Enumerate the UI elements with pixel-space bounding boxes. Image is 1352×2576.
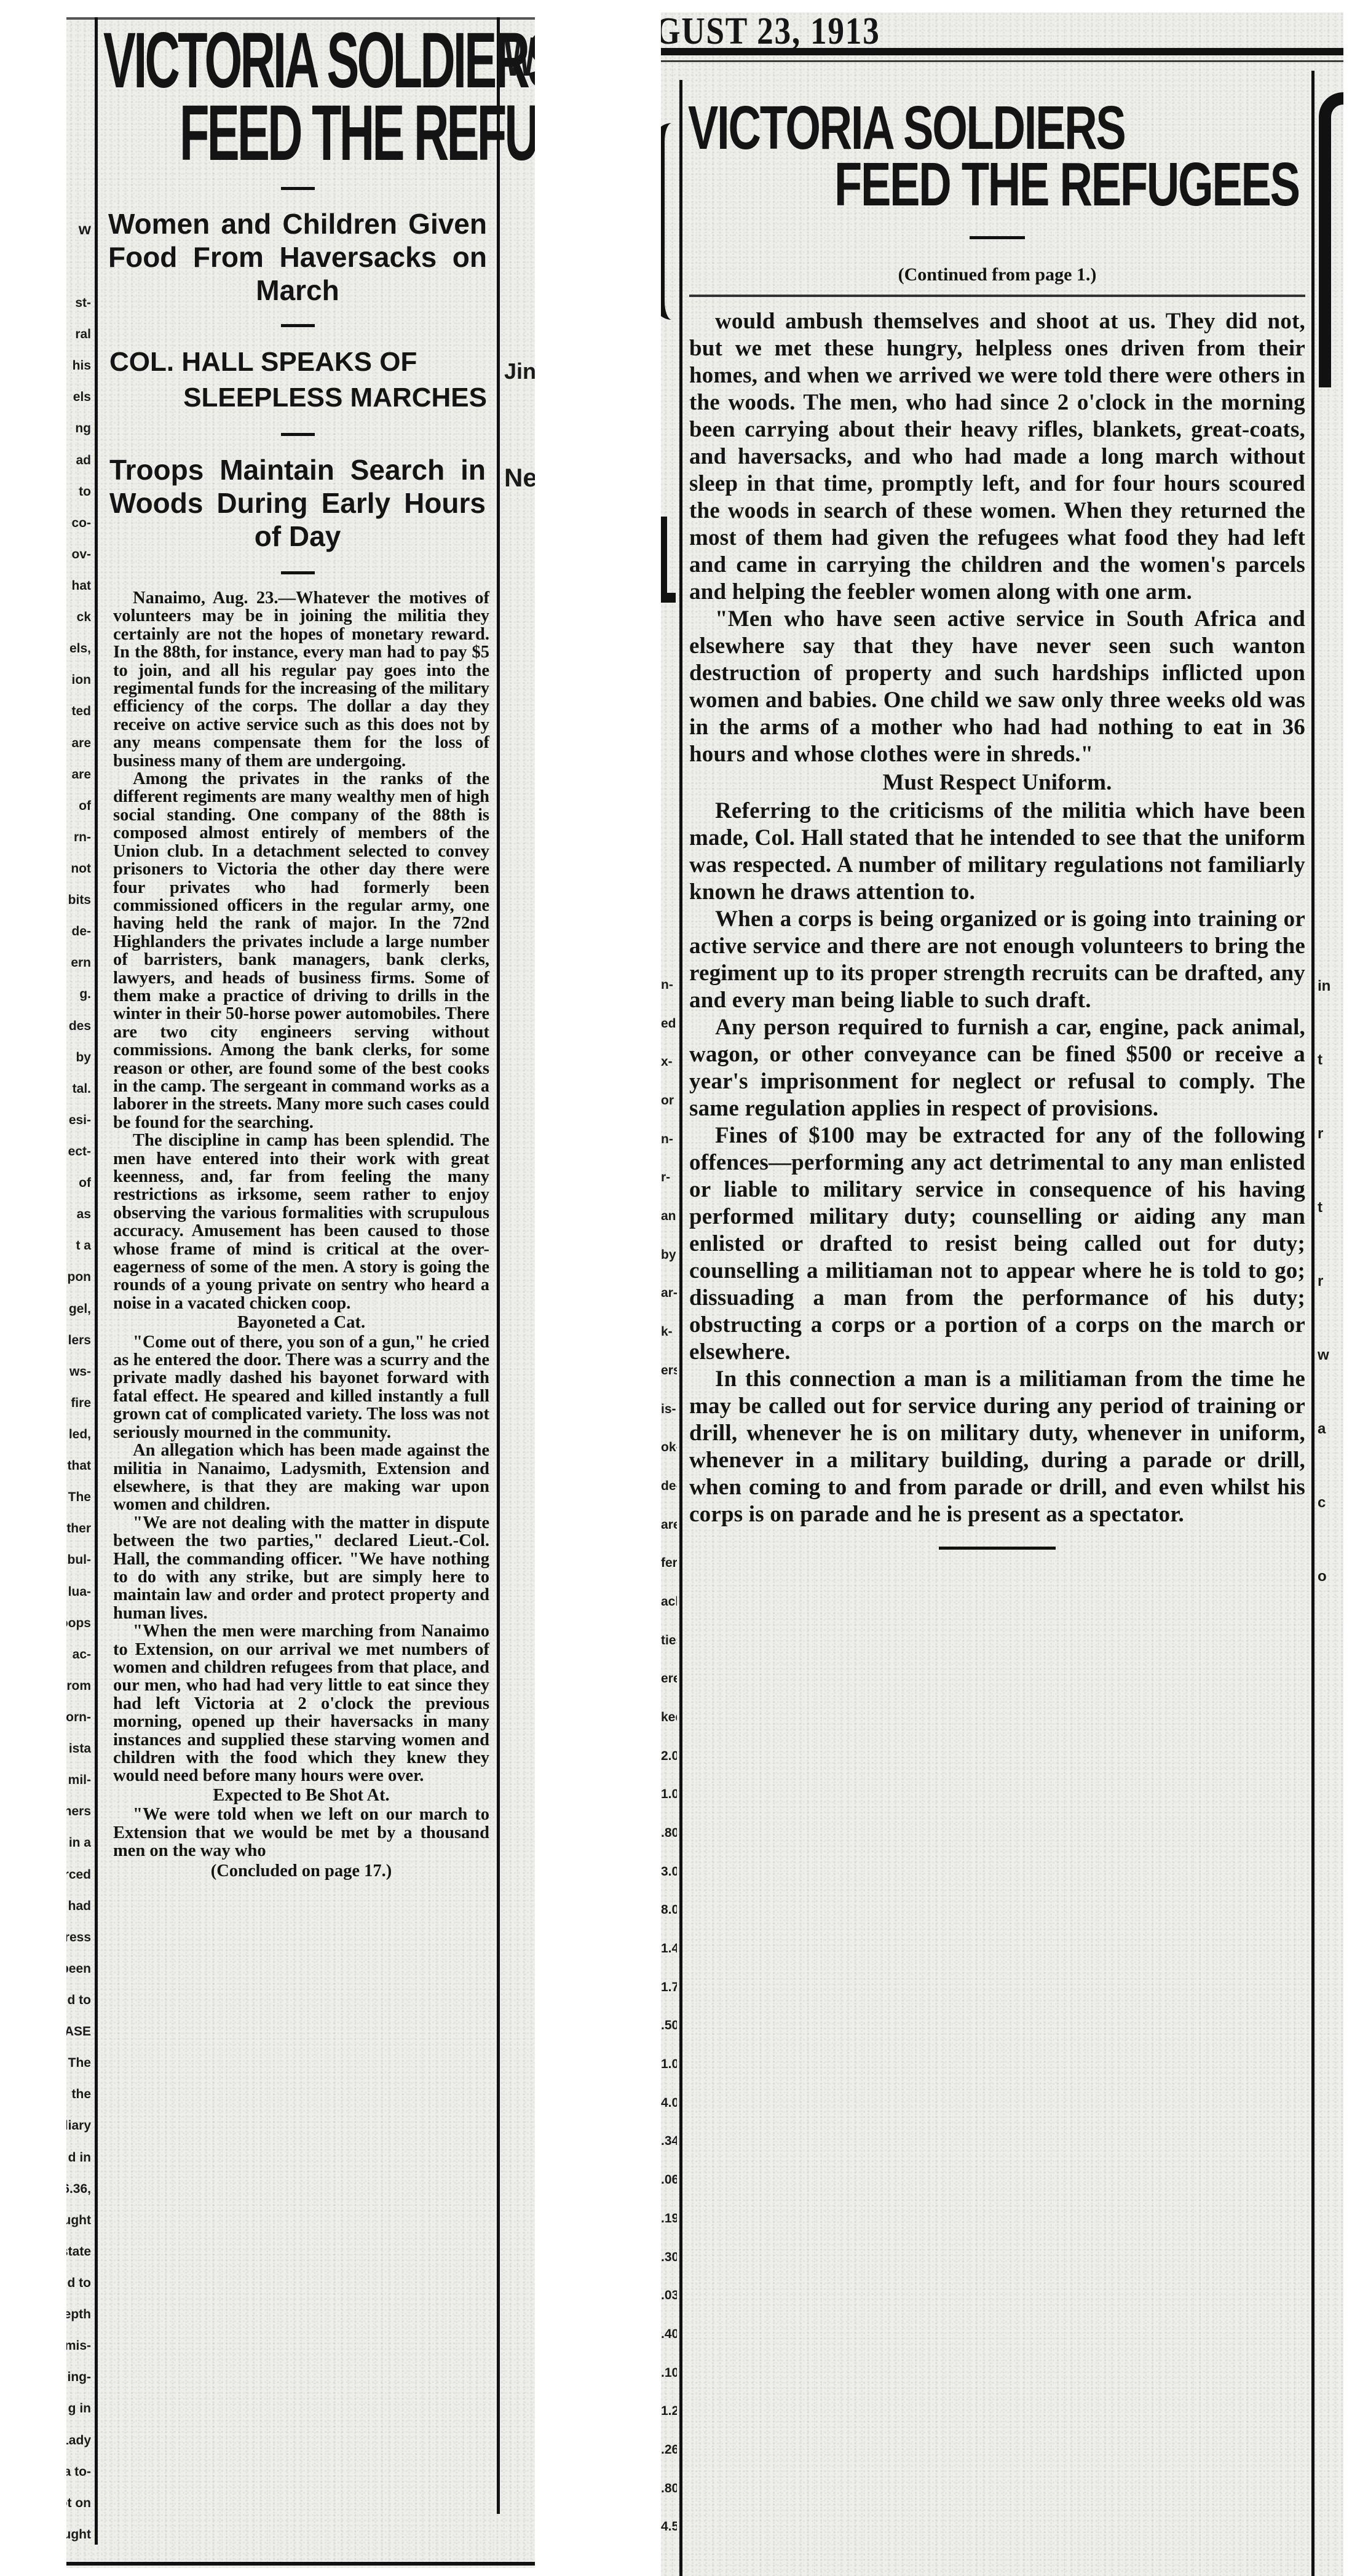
fragment-text: d to (68, 2274, 91, 2292)
fragment-text: rn- (74, 828, 91, 846)
fragment-text: lepth (66, 2305, 91, 2323)
continued-on-page-notice: (Concluded on page 17.) (113, 1862, 489, 1880)
adjacent-column-fragments-left: n-edx-orn-r-anbyar-k-ersis-ok-de-arefera… (661, 68, 677, 2576)
fragment-text: els (73, 388, 91, 406)
article-body: would ambush themselves and shoot at us.… (687, 308, 1308, 1528)
fragment-text: c (1318, 1494, 1326, 1512)
fragment-text: ked. (661, 1710, 677, 1725)
fragment-text: 8.00 (661, 1903, 677, 1917)
fragment-text: bits (68, 891, 91, 909)
fragment-text: ck (77, 608, 91, 626)
fragment-text: .03 (661, 2288, 677, 2303)
fragment-text: Lady (66, 2431, 91, 2449)
column-rule (95, 17, 98, 2545)
fragment-text: n- (661, 1132, 673, 1147)
fragment-text: ot on (66, 2494, 91, 2512)
paragraph: "Men who have seen active service in Sou… (689, 606, 1305, 768)
fragment-text: as (77, 1205, 91, 1223)
paragraph: Among the privates in the ranks of the d… (113, 770, 489, 1131)
fragment-text: d in (68, 2149, 91, 2166)
fragment-text: ista (69, 1740, 91, 1758)
ornament-bracket (1319, 92, 1343, 387)
large-letter-fragment (661, 517, 676, 603)
fragment-text: .40 (661, 2327, 677, 2342)
fragment-text: ng (75, 419, 91, 437)
fragment-text: .50 (661, 2018, 677, 2033)
fragment-text: ad (76, 451, 91, 469)
paragraph: Referring to the criticisms of the milit… (689, 798, 1305, 906)
fragment-text: by (661, 1248, 676, 1262)
fragment-text: ov- (72, 545, 92, 563)
deck-subheadline-3: Troops Maintain Search in Woods During E… (103, 453, 492, 553)
adjacent-column-fragments-left: wst-ralhiselsngadtoco-ov-hatckels,ionted… (66, 17, 92, 2568)
paragraph: "We were told when we left on our march … (113, 1805, 489, 1860)
heavy-rule (661, 48, 1343, 55)
fragment-text: ws- (69, 1363, 91, 1381)
fragment-text: d to (68, 1991, 91, 2009)
fragment-text: is- (661, 1402, 676, 1417)
fragment-text: ac- (73, 1646, 91, 1663)
paragraph: An allegation which has been made agains… (113, 1441, 489, 1514)
fragment-text: hat (72, 577, 92, 595)
fragment-text: tress (66, 1928, 91, 1946)
paragraph: When a corps is being organized or is go… (689, 906, 1305, 1014)
divider (689, 295, 1305, 297)
fragment-text: ok- (661, 1440, 677, 1455)
fragment-text: w (1318, 1347, 1329, 1364)
fragment-text: by (76, 1048, 91, 1066)
fragment-text: co- (72, 514, 92, 532)
fragment-text: of (79, 797, 91, 815)
fragment-text: ther (66, 1520, 91, 1537)
fragment-text: not (71, 860, 91, 878)
fragment-text: oops (66, 1614, 91, 1632)
deck-2-line-2: SLEEPLESS MARCHES (109, 380, 492, 416)
article-body: Nanaimo, Aug. 23.—Whatever the motives o… (103, 589, 492, 1880)
fragment-text: fire (71, 1394, 91, 1412)
fragment-text: 1.75 (661, 1980, 677, 1995)
fragment-text: g. (79, 985, 91, 1003)
fragment-text: r (1318, 1125, 1323, 1143)
fragment-text: in a (69, 1834, 91, 1852)
fragment-text: 56.36, (66, 2180, 91, 2198)
fragment-text: or (661, 1093, 674, 1108)
headline-line-1: VICTORIA SOLDIERS (103, 25, 344, 97)
fragment-text: 3.00 (661, 1865, 677, 1879)
fragment-text: des (69, 1017, 91, 1035)
fragment-text: ion (72, 671, 92, 689)
fragment-text: mil- (68, 1771, 91, 1789)
fragment-text: w (79, 220, 91, 238)
fragment-text: rom (66, 1677, 91, 1695)
fragment-text: state (66, 2243, 91, 2261)
fragment-text: ar- (661, 1286, 677, 1301)
fragment-text: els, (69, 640, 91, 657)
fragment-text: 2.00 (661, 1749, 677, 1764)
fragment-text: liary (66, 2117, 91, 2134)
fragment-text: that (68, 1457, 92, 1475)
section-subhead: Bayoneted a Cat. (113, 1314, 489, 1331)
fragment-text: ed (661, 1017, 676, 1031)
headline-line-2: FEED THE REFUGEES (180, 97, 373, 170)
paragraph: In this connection a man is a militiaman… (689, 1366, 1305, 1528)
fragment-text: lers (68, 1331, 91, 1349)
fragment-text: are (71, 766, 91, 783)
column-rule (1311, 71, 1314, 2576)
column-rule (679, 80, 682, 2576)
fragment-text: tal. (73, 1080, 91, 1098)
fragment-text: k- (661, 1325, 673, 1339)
fragment-text: Ne (504, 463, 535, 493)
fragment-text: x- (661, 1055, 673, 1069)
fragment-text: are (661, 1518, 677, 1532)
ornament-bracket (661, 123, 672, 320)
fragment-text: been (66, 1960, 91, 1978)
fragment-text: the (72, 2085, 92, 2103)
fragment-text: ught (66, 2211, 91, 2229)
fragment-text: are (71, 734, 91, 752)
thin-rule (661, 60, 1343, 62)
fragment-text: t a (76, 1237, 91, 1254)
fragment-text: ners (66, 1802, 91, 1820)
fragment-text: a (1318, 1421, 1326, 1438)
fragment-text: .10 (661, 2366, 677, 2380)
fragment-text: ers (661, 1363, 677, 1378)
paragraph: would ambush themselves and shoot at us.… (689, 308, 1305, 606)
fragment-text: g in (68, 2400, 91, 2417)
divider (281, 324, 315, 327)
fragment-text: ral (75, 325, 91, 343)
paragraph: Any person required to furnish a car, en… (689, 1014, 1305, 1122)
fragment-text: .80 (661, 2481, 677, 2496)
fragment-text: fer (661, 1556, 677, 1571)
fragment-text: his (73, 357, 91, 375)
continued-from-notice: (Continued from page 1.) (687, 264, 1308, 286)
section-subhead: Expected to Be Shot At. (113, 1786, 489, 1804)
adjacent-column-fragments-right: W Jin Ne (504, 17, 535, 2568)
adjacent-column-fragments-right: intrtrwaco (1318, 68, 1343, 2576)
fragment-text: o (1318, 1568, 1327, 1585)
right-newspaper-clipping: GUST 23, 1913 n-edx-orn-r-anbyar-k-ersis… (661, 12, 1343, 2576)
fragment-text: of (79, 1174, 91, 1192)
left-newspaper-clipping: wst-ralhiselsngadtoco-ov-hatckels,ionted… (66, 17, 535, 2568)
dateline-text: GUST 23, 1913 (661, 12, 880, 50)
column-rule (497, 17, 500, 2514)
fragment-text: .30 (661, 2250, 677, 2265)
paragraph: "When the men were marching from Nanaimo… (113, 1622, 489, 1785)
fragment-text: ere (661, 1671, 677, 1686)
fragment-text: gel, (69, 1300, 91, 1318)
fragment-text: t (1318, 1199, 1322, 1216)
fragment-text: 1.00 (661, 1787, 677, 1802)
fragment-text: orn- (66, 1708, 91, 1726)
fragment-text: ted (72, 702, 92, 720)
fragment-text: .80 (661, 1826, 677, 1841)
deck-2-line-1: COL. HALL SPEAKS OF (109, 347, 417, 377)
article: VICTORIA SOLDIERS FEED THE REFUGEES (Con… (687, 80, 1308, 1550)
fragment-text: led, (69, 1425, 91, 1443)
fragment-text: 1.40 (661, 1941, 677, 1956)
fragment-text: ern (71, 954, 91, 972)
fragment-text: 1.00 (661, 2057, 677, 2072)
fragment-text: esi- (69, 1111, 91, 1129)
fragment-text: 1.25 (661, 2404, 677, 2419)
divider (970, 236, 1025, 239)
fragment-text: r- (661, 1170, 670, 1185)
fragment-text: pon (68, 1268, 91, 1286)
paragraph: "We are not dealing with the matter in d… (113, 1514, 489, 1622)
fragment-text: de- (661, 1479, 677, 1494)
bottom-rule (66, 2562, 535, 2566)
fragment-text: .34 (661, 2134, 677, 2149)
fragment-text: 4.00 (661, 2096, 677, 2110)
fragment-text: lling- (66, 2368, 91, 2386)
fragment-text: Jin (504, 359, 535, 384)
fragment-text: 4.50 (661, 2519, 677, 2534)
fragment-text: in (1318, 978, 1330, 995)
headline-line-2: FEED THE REFUGEES (834, 155, 1185, 214)
fragment-text: to (79, 483, 91, 501)
fragment-text: aught (66, 2526, 91, 2543)
fragment-text: mis- (66, 2337, 91, 2355)
fragment-text: lua- (68, 1583, 91, 1601)
fragment-text: ach (661, 1595, 677, 1609)
fragment-text: st- (75, 294, 91, 312)
article: VICTORIA SOLDIERS FEED THE REFUGEES Wome… (103, 25, 492, 1880)
divider (281, 571, 315, 574)
fragment-text: bul- (68, 1551, 91, 1569)
deck-subheadline-2: COL. HALL SPEAKS OF SLEEPLESS MARCHES (103, 344, 492, 416)
fragment-text: .26 (661, 2443, 677, 2457)
paragraph: The discipline in camp has been splendid… (113, 1131, 489, 1312)
fragment-text: The (68, 2054, 91, 2072)
fragment-text: r (1318, 1273, 1323, 1290)
fragment-text: rced (66, 1866, 91, 1884)
fragment-text: The (68, 1488, 91, 1506)
fragment-text: an (661, 1209, 676, 1224)
fragment-text: had (68, 1897, 91, 1915)
fragment-text: t (1318, 1052, 1322, 1069)
fragment-text: .19 (661, 2211, 677, 2226)
section-subhead: Must Respect Uniform. (689, 769, 1305, 796)
fragment-text: a to- (66, 2463, 91, 2481)
paragraph: Fines of $100 may be extracted for any o… (689, 1122, 1305, 1366)
paragraph: "Come out of there, you son of a gun," h… (113, 1333, 489, 1441)
headline-line-1: VICTORIA SOLDIERS (688, 98, 1147, 157)
divider (281, 187, 315, 190)
deck-subheadline-1: Women and Children Given Food From Haver… (103, 207, 492, 307)
fragment-text: .06 (661, 2173, 677, 2187)
divider (281, 433, 315, 436)
fragment-text: ties (661, 1633, 677, 1648)
fragment-text: ect- (68, 1143, 91, 1160)
end-of-article-rule (939, 1547, 1056, 1550)
fragment-text: de- (72, 922, 92, 940)
fragment-text: n- (661, 978, 673, 993)
fragment-text: ASE (66, 2023, 91, 2040)
paragraph: Nanaimo, Aug. 23.—Whatever the motives o… (113, 589, 489, 770)
